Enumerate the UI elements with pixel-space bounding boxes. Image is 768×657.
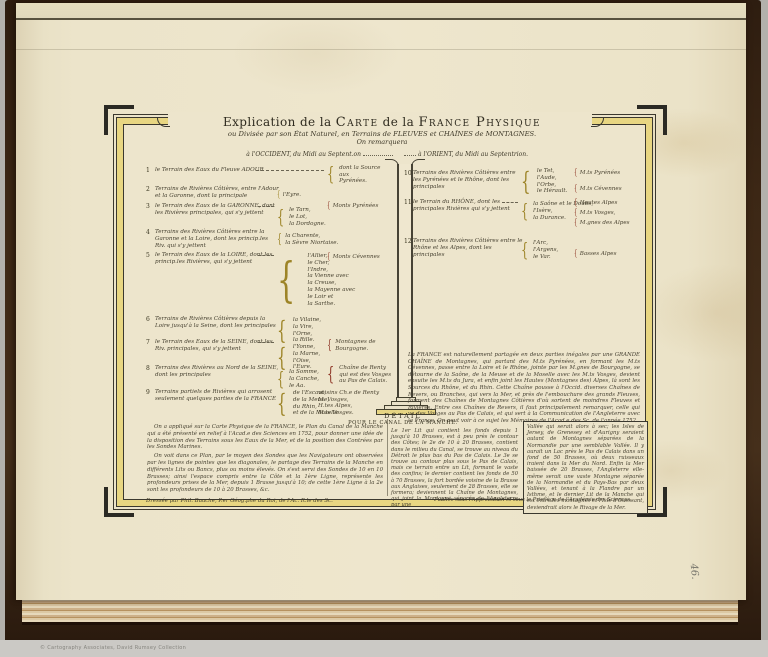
page-crease [16, 49, 746, 50]
terrain-item-7: 7le Terrain des Eaux de la SEINE, dont l… [146, 339, 396, 358]
brace-icon: { [277, 370, 284, 389]
leader-dash [258, 206, 274, 207]
item-mountains: Monts Cévennes [333, 254, 380, 261]
title-part2: Carte [336, 115, 379, 130]
terrain-item-6: 6Terrains de Rivières Côtières depuis la… [146, 316, 396, 335]
brace-icon: { [521, 169, 531, 194]
item-text: Terrains de Rivières Côtières, entre l'A… [155, 186, 279, 200]
terrain-item-12: 12Terrains des Rivières Côtières entre l… [404, 238, 654, 258]
corner-ornament-top-right [637, 105, 667, 135]
leader-dots [363, 155, 393, 156]
item-mountains: Monts Pyrénées [333, 203, 379, 210]
page-edges-stack [22, 599, 738, 622]
item-side-note: dont la Source aux Pyrénées. [339, 165, 380, 185]
brace-icon: { [574, 219, 577, 228]
corner-ornament-top-left [104, 105, 134, 135]
brace-icon: { [574, 199, 577, 208]
brace-icon: { [327, 253, 330, 262]
item-mountains: Montagnes de Bourgogne. [335, 339, 375, 352]
bottom-left-paragraph-1: On a appliqué sur la Carte Physique de l… [147, 424, 383, 451]
item-number: 11 [404, 199, 413, 206]
item-number: 12 [404, 238, 413, 245]
brace-icon: { [277, 191, 280, 200]
chart-remark: On remarquera [172, 138, 592, 146]
column-top-curl-right [411, 159, 425, 168]
item-rivers: l'Eyre. [283, 192, 301, 199]
detail-heading-word: DÉTAIL [328, 413, 478, 420]
terrain-item-11: 11le Terrain du RHÔNE, dont les principa… [404, 199, 654, 218]
leader-dash [502, 202, 518, 203]
leader-dots [404, 155, 416, 156]
terrain-item-10: 10Terrains des Rivières Côtières entre l… [404, 170, 654, 190]
item-mountains: M.ts Vosges, [580, 210, 616, 217]
leader-dash [258, 342, 274, 343]
item-number: 9 [146, 389, 155, 396]
brace-icon: { [277, 256, 295, 304]
scanned-atlas-photo: © Cartography Associates, David Rumsey C… [0, 0, 768, 657]
item-mountains: M.gnes des Alpes [580, 220, 630, 227]
terrain-item-5: 5le Terrain des Eaux de la LOIRE, dont l… [146, 252, 396, 271]
item-rivers: le Tet, l'Aude, l'Orbe, le Hérault. [537, 168, 568, 195]
brace-icon: { [574, 169, 577, 178]
item-mountains: M.ts Cévennes [580, 186, 622, 193]
brace-icon: { [277, 233, 282, 246]
brace-icon: { [327, 202, 330, 211]
brace-icon: { [521, 241, 528, 260]
item-text: Terrains de Rivières Côtières depuis la … [155, 316, 279, 330]
item-text: Terrains des Rivières au Nord de la SEIN… [155, 365, 279, 379]
leader-dash [256, 170, 324, 171]
brace-icon: { [277, 391, 287, 416]
brace-icon: { [327, 165, 334, 184]
title-part4: France Physique [418, 115, 541, 130]
item-number: 3 [146, 203, 155, 210]
item-rivers: la Somme, la Canche, le Aa. [289, 369, 319, 389]
item-number: 10 [404, 170, 413, 177]
brace-icon: { [574, 250, 577, 259]
bottom-left-paragraph-2: On voit dans ce Plan, par le moyen des S… [147, 453, 383, 494]
terrain-item-9: 9Terrains partiels de Rivières qui arros… [146, 389, 396, 408]
publisher-caption: Publiée sous l'Approbation et sous le Pr… [418, 497, 648, 503]
pencil-page-number: 46. [688, 563, 701, 580]
title-part3: de la [378, 115, 418, 129]
brace-icon: { [574, 185, 577, 194]
item-mountains: Chaîne de Renty qui est des Vosges au Pa… [339, 365, 391, 385]
chart-title: Explication de la Carte de la France Phy… [172, 115, 592, 130]
terrain-item-4: 4Terrains des Rivières Côtières entre la… [146, 229, 396, 249]
item-rivers: l'Arc, l'Argens, le Var. [533, 240, 558, 260]
item-number: 5 [146, 252, 155, 259]
item-rivers: le Tarn, le Lot, la Dordogne. [289, 207, 326, 227]
copyright-watermark: © Cartography Associates, David Rumsey C… [40, 645, 186, 651]
terrain-item-1: 1le Terrain des Eaux du Fleuve ADOUR {do… [146, 167, 396, 186]
page-top-edge [16, 3, 746, 20]
item-mountains: Hautes Alpes [580, 200, 618, 207]
item-mountains: Basses Alpes [580, 251, 617, 258]
item-text: Terrains des Rivières Côtières entre les… [413, 170, 523, 190]
east-heading: à l'ORIENT, du Midi au Septentrion. [418, 151, 588, 158]
item-number: 2 [146, 186, 155, 193]
author-caption: Dressée par Phil. Buache, P.er Géog.phe … [146, 498, 356, 504]
item-rivers: la Charente, la Sèvre Niortaise. [285, 233, 338, 247]
chart-subtitle: ou Divisée par son État Naturel, en Terr… [172, 130, 592, 138]
corner-ornament-bottom-left [104, 487, 134, 517]
chart-title-block: Explication de la Carte de la France Phy… [172, 115, 592, 146]
item-number: 8 [146, 365, 155, 372]
bottom-column-divider [387, 419, 388, 496]
brace-icon: { [327, 339, 332, 352]
item-number: 7 [146, 339, 155, 346]
leader-dash [258, 255, 274, 256]
brace-icon: { [574, 209, 577, 218]
item-number: 4 [146, 229, 155, 236]
brace-icon: { [327, 365, 334, 384]
west-heading: à l'OCCIDENT, du Midi au Septent.on [213, 151, 361, 158]
bottom-left-text: On a appliqué sur la Carte Physique de l… [147, 424, 383, 496]
terrain-item-8: 8Terrains des Rivières au Nord de la SEI… [146, 365, 396, 384]
title-part1: Explication de la [223, 115, 336, 129]
brace-icon: { [521, 202, 528, 221]
item-text: Terrains partiels de Rivières qui arrose… [155, 389, 279, 403]
item-number: 1 [146, 167, 155, 174]
item-text: Terrains des Rivières Côtières entre la … [155, 229, 279, 249]
terrain-item-3: 3le Terrain des Eaux de la GARONNE, dont… [146, 203, 396, 222]
item-mountains: M.ts Pyrénées [580, 170, 620, 177]
item-number: 6 [146, 316, 155, 323]
brace-icon: { [277, 208, 284, 227]
item-text: Terrains des Rivières Côtières entre le … [413, 238, 523, 258]
